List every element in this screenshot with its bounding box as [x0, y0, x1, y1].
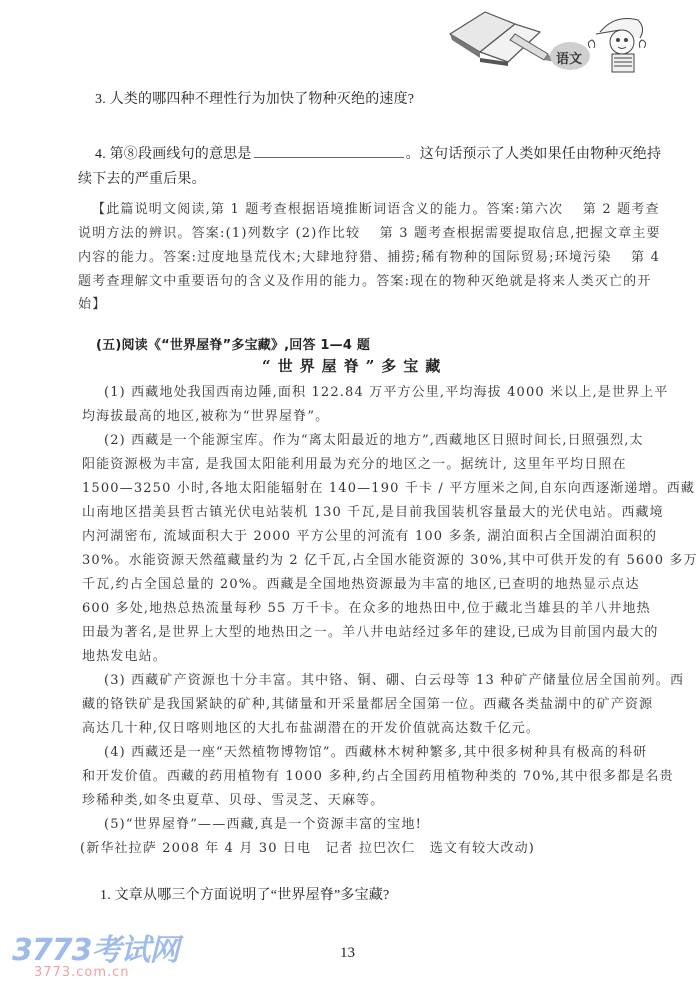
question-4: 4. 第⑧段画线句的意思是。这句话预示了人类如果任由物种灭绝持: [95, 143, 661, 163]
article-line: 藏的铬铁矿是我国紧缺的矿种,其储量和开采量都居全国第一位。西藏各类盐湖中的矿产资…: [82, 693, 653, 712]
article-line: 和开发价值。西藏的药用植物有 1000 多种,约占全国药用植物种类的 70%,其…: [82, 765, 674, 784]
article-line: 珍稀种类,如冬虫夏草、贝母、雪灵芝、天麻等。: [82, 789, 384, 808]
article-line: 山南地区措美县哲古镇光伏电站装机 130 千瓦,是目前我国装机容量最大的光伏电站…: [82, 501, 664, 520]
article-title: “世界屋脊”多宝藏: [262, 355, 447, 376]
article-line: 均海拔最高的地区,被称为“世界屋脊”。: [82, 405, 329, 424]
article-line: 600 多处,地热总热流量每秒 55 万千卡。在众多的地热田中,位于藏北当雄县的…: [82, 597, 651, 616]
open-book-icon: [440, 4, 660, 74]
answer-note-line: 题考查理解文中重要语句的含义及作用的能力。答案:现在的物种灭绝就是将来人类灭亡的…: [78, 270, 652, 289]
question-4-continuation: 续下去的严重后果。: [78, 168, 206, 188]
header-illustration: 语文: [440, 4, 660, 74]
article-source: (新华社拉萨 2008 年 4 月 30 日电 记者 拉巴次仁 选文有较大改动): [80, 837, 535, 856]
article-line: 1500—3250 小时,各地太阳能辐射在 140—190 千卡 / 平方厘米之…: [82, 477, 695, 496]
article-line: (5)“世界屋脊”——西藏,真是一个资源丰富的宝地!: [104, 813, 422, 832]
answer-blank[interactable]: [254, 145, 404, 158]
watermark-logo: 3773考试网 3773.com.cn: [12, 925, 179, 980]
article-line: (1) 西藏地处我国西南边陲,面积 122.84 万平方公里,平均海拔 4000…: [104, 381, 669, 400]
cartoon-boy-icon: [588, 19, 645, 73]
article-line: (4) 西藏还是一座“天然植物博物馆”。西藏林木树种繁多,其中很多树种具有极高的…: [104, 741, 647, 760]
subject-badge: 语文: [556, 48, 582, 67]
answer-note-line: 内容的能力。答案:过度地垦荒伐木;大肆地狩猎、捕捞;稀有物种的国际贸易;环境污染…: [78, 246, 660, 265]
page-number: 13: [340, 945, 355, 962]
question-1: 1. 文章从哪三个方面说明了“世界屋脊”多宝藏?: [100, 884, 389, 904]
watermark-main: 3773考试网: [12, 925, 179, 969]
section-heading: (五)阅读《“世界屋脊”多宝藏》,回答 1—4 题: [96, 334, 370, 353]
answer-note-line: 【此篇说明文阅读,第 1 题考查根据语境推断词语含义的能力。答案:第六次 第 2…: [92, 198, 660, 217]
answer-note-line: 说明方法的辨识。答案:(1)列数字 (2)作比较 第 3 题考查根据需要提取信息…: [78, 222, 661, 241]
article-line: 高达几十种,仅日喀则地区的大扎布盐湖潜在的开发价值就高达数千亿元。: [82, 717, 540, 736]
article-line: (2) 西藏是一个能源宝库。作为“离太阳最近的地方”,西藏地区日照时间长,日照强…: [104, 429, 644, 448]
article-line: 田最为著名,是世界上大型的地热田之一。羊八井电站经过多年的建设,已成为目前国内最…: [82, 621, 659, 640]
question-4-prefix: 4. 第⑧段画线句的意思是: [95, 147, 252, 162]
article-line: 30%。水能资源天然蕴藏量约为 2 亿千瓦,占全国水能资源的 30%,其中可供开…: [82, 549, 698, 568]
article-line: 内河湖密布, 流域面积大于 2000 平方公里的河流有 100 多条, 湖泊面积…: [82, 525, 657, 544]
question-4-suffix: 。这句话预示了人类如果任由物种灭绝持: [406, 147, 662, 162]
article-line: (3) 西藏矿产资源也十分丰富。其中铬、铜、硼、白云母等 13 种矿产储量位居全…: [104, 669, 684, 688]
answer-note-line: 始】: [78, 293, 106, 312]
article-line: 千瓦,约占全国总量的 20%。西藏是全国地热资源最为丰富的地区,已查明的地热显示…: [82, 573, 640, 592]
article-line: 阳能资源极为丰富, 是我国太阳能利用最为充分的地区之一。据统计, 这里年平均日照…: [82, 453, 627, 472]
question-3: 3. 人类的哪四种不理性行为加快了物种灭绝的速度?: [95, 88, 414, 108]
article-line: 地热发电站。: [82, 645, 167, 664]
